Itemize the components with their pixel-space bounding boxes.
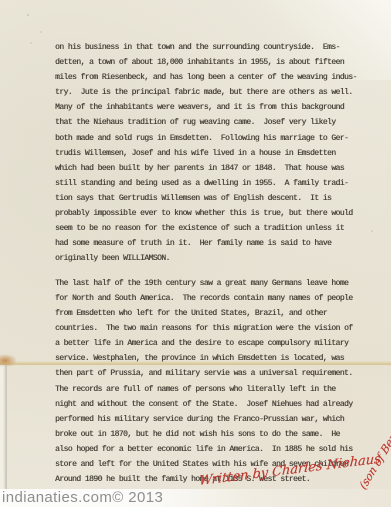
paper-speck [27,14,29,16]
typed-line: both made and sold rugs in Emsdetten. Fo… [55,131,367,146]
watermark-strip: indianaties.com© 2013 [0,489,391,507]
typed-line: The records are full of names of persons… [55,382,367,397]
paper-speck [40,31,42,33]
paragraph: The last half of the 19th century saw a … [55,276,367,487]
typed-line: that the Niehaus tradition of rug weavin… [55,115,367,130]
typed-line: tion says that Gertrudis Willemsen was o… [55,191,367,206]
paper-speck [30,42,32,44]
typed-line: from Emsdetten who left for the United S… [55,306,367,321]
paragraph: on his business in that town and the sur… [55,40,367,266]
typed-line: The last half of the 19th century saw a … [55,276,367,291]
scanned-document-photo: on his business in that town and the sur… [0,0,391,507]
typed-line: night and without the consent of the Sta… [55,397,367,412]
typed-line: seem to be no reason for the existence o… [55,221,367,236]
typed-line: had some measure of truth in it. Her fam… [55,236,367,251]
typed-line: which had been built by her parents in 1… [55,161,367,176]
typed-line: countries. The two main reasons for this… [55,321,367,336]
watermark-text: indianaties.com© 2013 [2,489,163,506]
typed-line: trudis Willemsen, Josef and his wife liv… [55,146,367,161]
typed-line: broke out in 1870, but he did not wish h… [55,427,367,442]
typed-line: performed his military service during th… [55,412,367,427]
typed-line: miles from Riesenbeck, and has long been… [55,70,367,85]
paper-speck [371,230,373,232]
typed-line: originally been WILLIAMSON. [55,251,367,266]
under-paper-edge [0,365,7,493]
paper-background: on his business in that town and the sur… [0,0,391,507]
typed-line: a better life in America and the desire … [55,336,367,351]
typed-line: then part of Prussia, and military servi… [55,366,367,381]
typed-line: for North and South America. The records… [55,291,367,306]
typed-line: probably impossible ever to know whether… [55,206,367,221]
typed-text: on his business in that town and the sur… [55,40,367,487]
typed-line: still standing and being used as a dwell… [55,176,367,191]
typed-line: on his business in that town and the sur… [55,40,367,55]
paper-seam-line [0,361,391,366]
typed-line: try. Jute is the principal fabric made, … [55,85,367,100]
typed-line: detten, a town of about 18,000 inhabitan… [55,55,367,70]
typed-line: Many of the inhabitants were weavers, an… [55,100,367,115]
typed-line: also hoped for a better economic life in… [55,442,367,457]
